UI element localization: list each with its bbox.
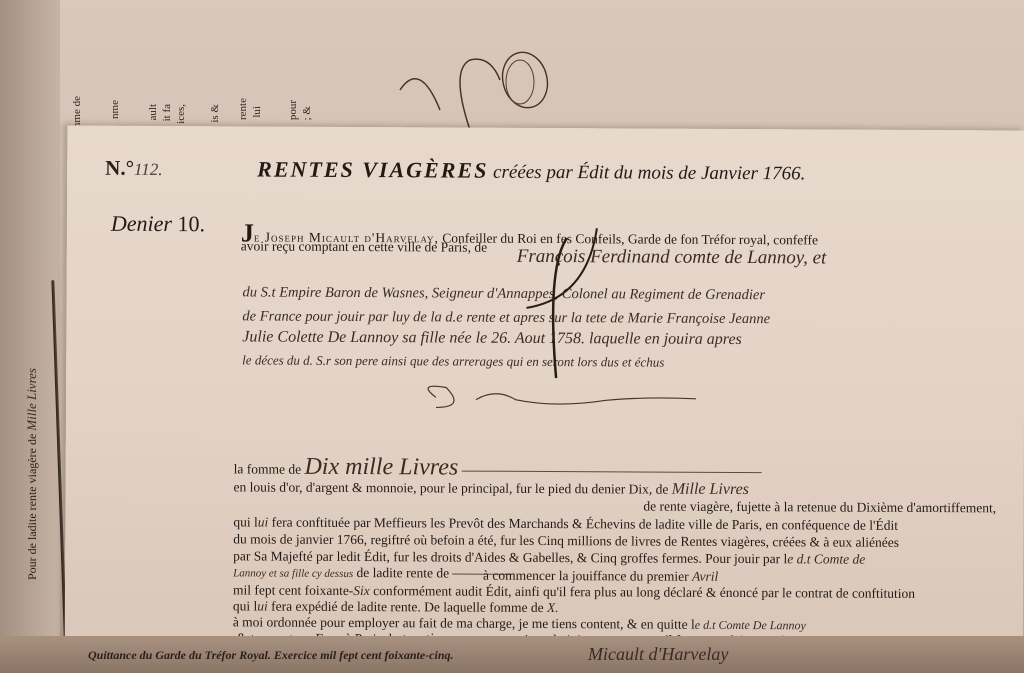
ink-flourish	[406, 377, 706, 419]
side-margin-note: Pour de ladite rente viagère de Mille Li…	[24, 368, 40, 580]
back-page-text: it fa	[162, 104, 173, 121]
back-page-text: ault	[148, 104, 159, 121]
handwritten-line: du S.t Empire Baron de Wasnes, Seigneur …	[243, 284, 766, 304]
denier-label: Denier 10.	[111, 211, 205, 237]
receipt-sheet: N.°112. RENTES VIAGÈRES créées par Édit …	[65, 125, 1024, 673]
back-page-text: ices,	[176, 104, 187, 124]
body-line: qui lui fera expédié de ladite rente. De…	[233, 598, 559, 616]
receipt-number: N.°112.	[105, 156, 162, 181]
signature: Micault d'Harvelay	[588, 644, 728, 665]
body-line: Lannoy et sa fille cy dessus de ladite r…	[233, 564, 512, 581]
ink-flourish	[506, 228, 627, 379]
body-line: à commencer la jouiffance du premier Avr…	[483, 568, 718, 585]
body-line: de rente viagère, fujette à la retenue d…	[643, 499, 996, 517]
document-title: RENTES VIAGÈRES créées par Édit du mois …	[257, 156, 805, 185]
bottom-caption: Quittance du Garde du Tréfor Royal. Exer…	[88, 648, 454, 663]
handwritten-line: Julie Colette De Lannoy sa fille née le …	[242, 328, 742, 349]
back-page-text: ; &	[302, 106, 313, 120]
back-page-signature-flourish	[380, 40, 630, 140]
back-page-text: rente	[238, 98, 249, 120]
back-page-text: lui	[252, 106, 263, 118]
back-page-text: nme	[110, 100, 121, 119]
body-line: en louis d'or, d'argent & monnoie, pour …	[233, 478, 748, 499]
back-page-text: is &	[210, 104, 221, 123]
back-page-text: pour	[288, 100, 299, 120]
intro-line-2: avoir reçu comptant en cette ville de Pa…	[241, 238, 487, 255]
